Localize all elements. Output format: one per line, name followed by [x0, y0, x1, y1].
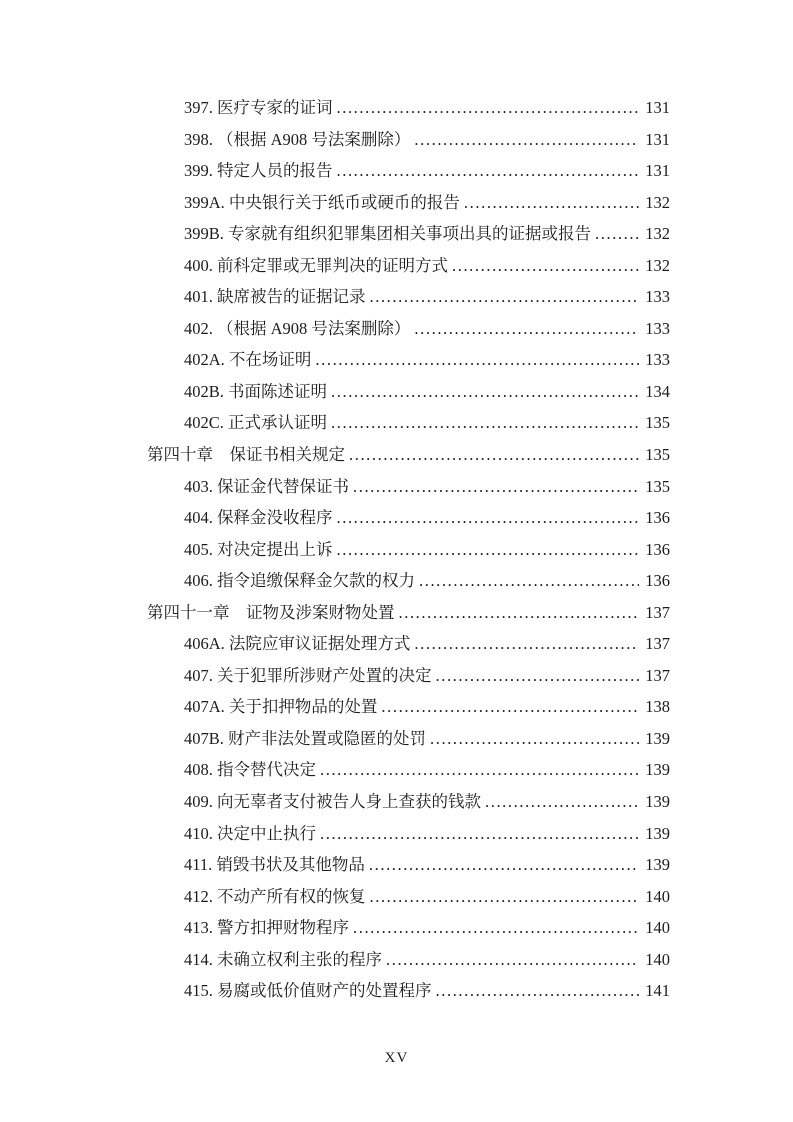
dot-leader — [320, 754, 639, 786]
dot-leader — [337, 534, 640, 566]
toc-row: 第四十一章 证物及涉案财物处置 137 — [147, 597, 670, 629]
toc-entry-page-number: 134 — [639, 376, 670, 408]
toc-row: 407B. 财产非法处置或隐匿的处罚 139 — [147, 723, 670, 755]
dot-leader — [386, 944, 639, 976]
toc-row: 399A. 中央银行关于纸币或硬币的报告 132 — [147, 187, 670, 219]
dot-leader — [595, 218, 639, 250]
toc-entry-page-number: 133 — [639, 281, 670, 313]
toc-entry-label: 412. 不动产所有权的恢复 — [184, 881, 366, 913]
dot-leader — [337, 155, 640, 187]
toc-entry-label: 402A. 不在场证明 — [184, 344, 311, 376]
toc-row: 400. 前科定罪或无罪判决的证明方式 132 — [147, 250, 670, 282]
toc-entry-page-number: 138 — [639, 691, 670, 723]
toc-row: 407. 关于犯罪所涉财产处置的决定 137 — [147, 660, 670, 692]
toc-entry-page-number: 132 — [639, 187, 670, 219]
toc-row: 403. 保证金代替保证书 135 — [147, 471, 670, 503]
toc-entry-page-number: 137 — [639, 660, 670, 692]
toc-entry-label: 415. 易腐或低价值财产的处置程序 — [184, 975, 432, 1007]
toc-row: 402C. 正式承认证明 135 — [147, 407, 670, 439]
dot-leader — [485, 786, 639, 818]
page-footer: XV — [0, 1050, 793, 1067]
toc-entry-label: 397. 医疗专家的证词 — [184, 92, 333, 124]
toc-entry-label: 410. 决定中止执行 — [184, 818, 316, 850]
toc-row: 412. 不动产所有权的恢复 140 — [147, 881, 670, 913]
toc-entry-label: 402C. 正式承认证明 — [184, 407, 327, 439]
toc-entry-page-number: 139 — [639, 786, 670, 818]
toc-row: 407A. 关于扣押物品的处置 138 — [147, 691, 670, 723]
dot-leader — [430, 723, 639, 755]
toc-entry-label: 406A. 法院应审议证据处理方式 — [184, 628, 410, 660]
dot-leader — [464, 187, 639, 219]
toc-row: 415. 易腐或低价值财产的处置程序 141 — [147, 975, 670, 1007]
dot-leader — [320, 818, 639, 850]
toc-entry-label: 402B. 书面陈述证明 — [184, 376, 327, 408]
dot-leader — [414, 124, 639, 156]
toc-row: 405. 对决定提出上诉 136 — [147, 534, 670, 566]
toc-entry-page-number: 135 — [639, 471, 670, 503]
toc-entry-label: 407B. 财产非法处置或隐匿的处罚 — [184, 723, 426, 755]
toc-entry-label: 399. 特定人员的报告 — [184, 155, 333, 187]
toc-row: 408. 指令替代决定 139 — [147, 754, 670, 786]
dot-leader — [331, 407, 639, 439]
toc-entry-label: 第四十一章 证物及涉案财物处置 — [147, 597, 395, 629]
toc-row: 398. （根据 A908 号法案删除） 131 — [147, 124, 670, 156]
dot-leader — [414, 628, 639, 660]
toc-entry-label: 401. 缺席被告的证据记录 — [184, 281, 366, 313]
dot-leader — [436, 975, 640, 1007]
toc-entry-page-number: 136 — [639, 565, 670, 597]
dot-leader — [315, 344, 639, 376]
toc-entry-label: 406. 指令追缴保释金欠款的权力 — [184, 565, 415, 597]
toc-entry-page-number: 139 — [639, 754, 670, 786]
toc-entry-label: 403. 保证金代替保证书 — [184, 471, 349, 503]
table-of-contents: 397. 医疗专家的证词 131 398. （根据 A908 号法案删除） 13… — [147, 92, 670, 1007]
toc-row: 406. 指令追缴保释金欠款的权力 136 — [147, 565, 670, 597]
dot-leader — [419, 565, 639, 597]
dot-leader — [436, 660, 640, 692]
footer-page-number: XV — [385, 1050, 409, 1066]
toc-row: 402A. 不在场证明 133 — [147, 344, 670, 376]
toc-entry-page-number: 131 — [639, 155, 670, 187]
toc-entry-label: 404. 保释金没收程序 — [184, 502, 333, 534]
toc-entry-page-number: 132 — [639, 250, 670, 282]
toc-row: 第四十章 保证书相关规定 135 — [147, 439, 670, 471]
toc-entry-label: 407. 关于犯罪所涉财产处置的决定 — [184, 660, 432, 692]
toc-entry-page-number: 136 — [639, 534, 670, 566]
toc-entry-page-number: 136 — [639, 502, 670, 534]
toc-entry-label: 399B. 专家就有组织犯罪集团相关事项出具的证据或报告 — [184, 218, 591, 250]
toc-entry-page-number: 139 — [639, 818, 670, 850]
dot-leader — [353, 471, 639, 503]
dot-leader — [370, 281, 640, 313]
toc-entry-page-number: 131 — [639, 92, 670, 124]
toc-row: 404. 保释金没收程序 136 — [147, 502, 670, 534]
toc-entry-page-number: 133 — [639, 313, 670, 345]
dot-leader — [337, 92, 640, 124]
dot-leader — [381, 691, 639, 723]
toc-row: 409. 向无辜者支付被告人身上查获的钱款 139 — [147, 786, 670, 818]
toc-entry-page-number: 141 — [639, 975, 670, 1007]
dot-leader — [399, 597, 640, 629]
dot-leader — [337, 502, 640, 534]
toc-entry-page-number: 139 — [639, 723, 670, 755]
toc-entry-page-number: 132 — [639, 218, 670, 250]
toc-row: 406A. 法院应审议证据处理方式 137 — [147, 628, 670, 660]
dot-leader — [370, 881, 640, 913]
toc-entry-page-number: 137 — [639, 597, 670, 629]
toc-row: 401. 缺席被告的证据记录 133 — [147, 281, 670, 313]
toc-entry-page-number: 139 — [639, 849, 670, 881]
toc-entry-label: 402. （根据 A908 号法案删除） — [184, 313, 410, 345]
toc-entry-label: 399A. 中央银行关于纸币或硬币的报告 — [184, 187, 460, 219]
toc-row: 399B. 专家就有组织犯罪集团相关事项出具的证据或报告 132 — [147, 218, 670, 250]
toc-row: 399. 特定人员的报告 131 — [147, 155, 670, 187]
dot-leader — [353, 912, 639, 944]
toc-row: 397. 医疗专家的证词 131 — [147, 92, 670, 124]
toc-entry-label: 414. 未确立权利主张的程序 — [184, 944, 382, 976]
toc-entry-label: 413. 警方扣押财物程序 — [184, 912, 349, 944]
document-page: 397. 医疗专家的证词 131 398. （根据 A908 号法案删除） 13… — [0, 0, 793, 1122]
toc-entry-page-number: 131 — [639, 124, 670, 156]
toc-entry-label: 400. 前科定罪或无罪判决的证明方式 — [184, 250, 448, 282]
dot-leader — [369, 849, 639, 881]
dot-leader — [452, 250, 639, 282]
dot-leader — [349, 439, 639, 471]
toc-entry-page-number: 140 — [639, 912, 670, 944]
toc-entry-label: 407A. 关于扣押物品的处置 — [184, 691, 377, 723]
toc-entry-page-number: 140 — [639, 881, 670, 913]
toc-row: 410. 决定中止执行 139 — [147, 818, 670, 850]
toc-entry-page-number: 140 — [639, 944, 670, 976]
toc-row: 411. 销毁书状及其他物品 139 — [147, 849, 670, 881]
dot-leader — [331, 376, 639, 408]
toc-row: 413. 警方扣押财物程序 140 — [147, 912, 670, 944]
toc-entry-page-number: 135 — [639, 407, 670, 439]
dot-leader — [414, 313, 639, 345]
toc-entry-label: 第四十章 保证书相关规定 — [147, 439, 345, 471]
toc-entry-page-number: 133 — [639, 344, 670, 376]
toc-entry-label: 398. （根据 A908 号法案删除） — [184, 124, 410, 156]
toc-entry-page-number: 135 — [639, 439, 670, 471]
toc-entry-label: 409. 向无辜者支付被告人身上查获的钱款 — [184, 786, 481, 818]
toc-row: 402. （根据 A908 号法案删除） 133 — [147, 313, 670, 345]
toc-entry-label: 411. 销毁书状及其他物品 — [184, 849, 365, 881]
toc-entry-label: 408. 指令替代决定 — [184, 754, 316, 786]
toc-entry-label: 405. 对决定提出上诉 — [184, 534, 333, 566]
toc-row: 414. 未确立权利主张的程序 140 — [147, 944, 670, 976]
toc-entry-page-number: 137 — [639, 628, 670, 660]
toc-row: 402B. 书面陈述证明 134 — [147, 376, 670, 408]
